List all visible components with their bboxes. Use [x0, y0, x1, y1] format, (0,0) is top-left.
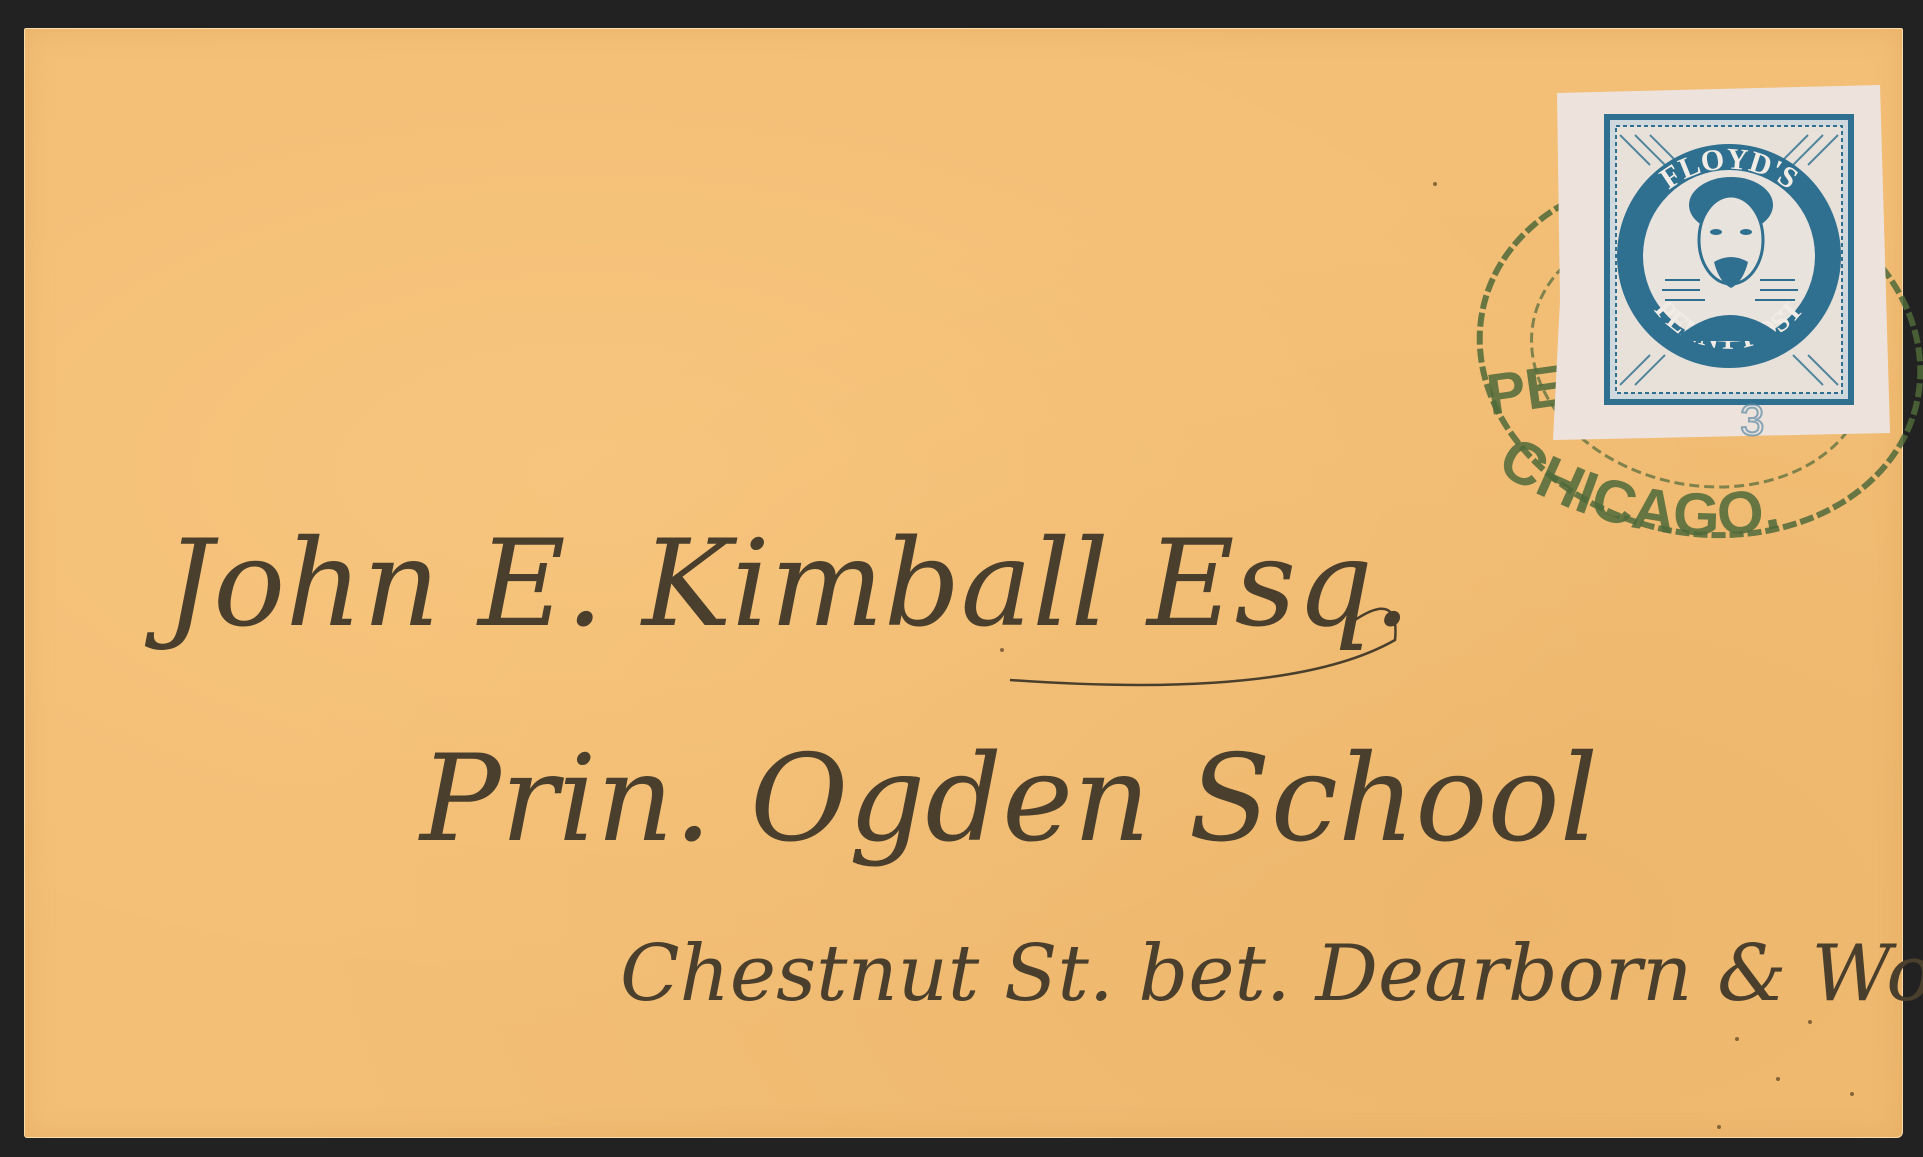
stamp: FLOYD'S PENNY POST 3 [1553, 85, 1890, 445]
cancel-digits: 3 [1740, 396, 1764, 445]
handwritten-address: John E. Kimball Esq. Prin. Ogden School … [144, 515, 1923, 1019]
cover-artwork: PENNY CHICAGO. FLOYD'S PENNY POST [0, 0, 1923, 1157]
address-line1: John E. Kimball Esq. [144, 515, 1411, 654]
address-line3: Chestnut St. bet. Dearborn & Wolcott. [620, 929, 1923, 1019]
address-line2: Prin. Ogden School [418, 730, 1598, 869]
